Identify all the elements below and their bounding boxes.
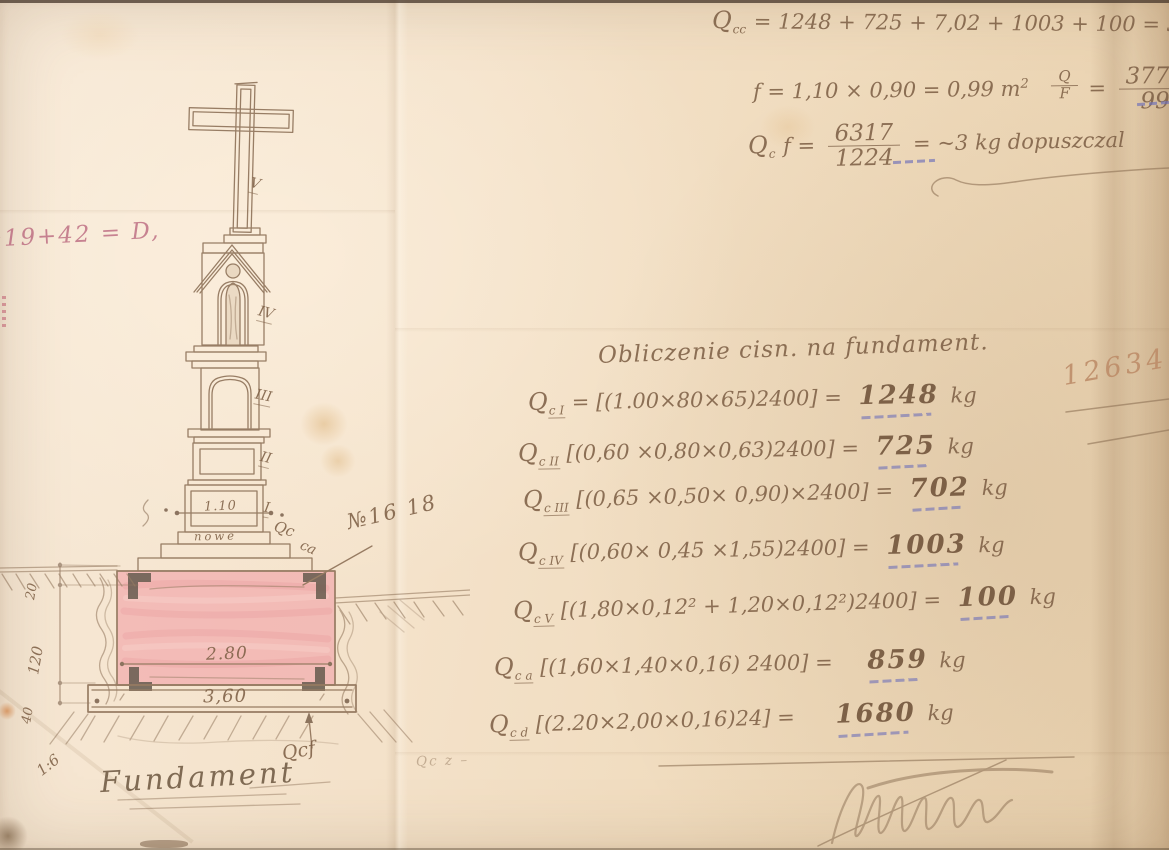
fraction: 3778 99 <box>1118 64 1169 114</box>
result-number: 100 <box>957 581 1018 613</box>
fraction-denominator: 1224 <box>828 146 901 171</box>
equation-mid: f = <box>783 133 815 158</box>
crease-right-upper <box>395 328 1169 332</box>
cross-line <box>818 760 1006 846</box>
result-number: 1003 <box>886 529 967 560</box>
crease-right-lower <box>395 752 1169 756</box>
result-value: 100 <box>957 581 1018 613</box>
calc-row: Qc a [(1,60×1,40×0,16) 2400] = 859 kg <box>494 644 966 683</box>
dim-slab-width: 3,60 <box>203 686 247 708</box>
result-number: 702 <box>909 472 970 504</box>
underline-mark <box>889 562 959 569</box>
equation-pre: f = 1,10 × 0,90 = 0,99 m <box>753 77 1021 104</box>
equation-end: = ~3 kg dopuszczal <box>913 128 1125 156</box>
under-slab-hatching <box>50 710 412 744</box>
unit: kg <box>981 475 1008 500</box>
dim-height-40: 40 <box>19 706 37 725</box>
top-equation-3: Qc f = 6317 1224 = ~3 kg dopuszczal <box>748 117 1126 173</box>
result-value: 859 <box>867 645 928 676</box>
foundation-block <box>117 571 335 685</box>
unit: kg <box>978 533 1005 557</box>
top-equation-1: Qcc = 1248 + 725 + 7,02 + 1003 + 100 = 3… <box>712 6 1169 40</box>
underline-mark <box>960 615 1010 621</box>
q-subscript: c III <box>543 501 570 517</box>
long-pencil-line <box>659 757 1074 766</box>
q-subscript: cc <box>732 22 748 36</box>
calc-row: Qc I = [(1.00×80×65)2400] = 1248 kg <box>528 379 977 418</box>
q-symbol: Q <box>523 485 543 514</box>
superscript: 2 <box>1020 77 1028 92</box>
q-subscript: c IV <box>538 554 564 569</box>
q-subscript: c V <box>533 612 555 628</box>
cross <box>186 81 294 234</box>
q-subscript: c a <box>514 669 534 684</box>
fraction-numerator: 6317 <box>827 121 900 147</box>
unit: kg <box>950 383 977 407</box>
q-over-f: Q F <box>1051 69 1078 102</box>
statue-figure <box>226 264 240 345</box>
result-value: 725 <box>875 431 936 462</box>
q-symbol: Q <box>518 439 538 467</box>
monument-foundation-drawing <box>0 0 470 850</box>
fraction: 6317 1224 <box>827 121 900 172</box>
result-number: 1248 <box>858 380 939 411</box>
formula: [(0,60 ×0,80×0,63)2400] = <box>566 436 859 465</box>
underline-mark <box>838 731 908 738</box>
q-symbol: Q <box>494 653 514 681</box>
q-subscript: c II <box>538 454 560 469</box>
underline-mark <box>878 464 928 470</box>
fraction-numerator: 3778 <box>1118 64 1169 90</box>
result-number: 1680 <box>835 698 916 730</box>
ratio-denominator: F <box>1051 86 1077 102</box>
unit: kg <box>947 434 974 458</box>
calc-row: Qc d [(2.20×2,00×0,16)24] = 1680 kg <box>489 697 954 741</box>
calc-row: Qc III [(0,65 ×0,50× 0,90)×2400] = 702 k… <box>523 471 1009 516</box>
section-mark <box>143 500 148 526</box>
unit: kg <box>927 701 954 726</box>
result-value: 1003 <box>886 529 967 560</box>
formula: [(2.20×2,00×0,16)24] = <box>535 705 795 736</box>
formula: [(0,65 ×0,50× 0,90)×2400] = <box>576 478 893 511</box>
unit: kg <box>939 648 966 672</box>
formula: = [(1.00×80×65)2400] = <box>571 385 842 414</box>
q-symbol: Q <box>489 710 509 739</box>
formula: [(1,60×1,40×0,16) 2400] = <box>540 650 833 679</box>
result-value: 1248 <box>858 380 939 411</box>
dim-foundation-width: 2.80 <box>206 643 249 664</box>
q-subscript: c I <box>548 403 566 418</box>
result-value: 702 <box>909 472 970 504</box>
equation-body: = 1248 + 725 + 7,02 + 1003 + 100 = 3778 … <box>754 9 1169 36</box>
calc-title: Obliczenie cisn. na fundament. <box>598 329 989 369</box>
scanned-drawing-sheet: :19+42 = D, Qcc = 1248 + 725 + 7,02 + 10… <box>0 0 1169 850</box>
q-subscript: c d <box>509 726 530 742</box>
result-number: 859 <box>867 645 928 676</box>
top-equation-2: f = 1,10 × 0,90 = 0,99 m2 Q F = 3778 99 … <box>753 64 1169 118</box>
underline-mark <box>912 506 962 512</box>
formula: [(1,80×0,12² + 1,20×0,12²)2400] = <box>560 588 941 623</box>
signature <box>832 769 1052 843</box>
q-symbol: Q <box>748 131 768 159</box>
underline-mark <box>861 413 931 420</box>
q-symbol: Q <box>513 596 533 625</box>
unit: kg <box>1029 584 1056 609</box>
calc-row: Qc II [(0,60 ×0,80×0,63)2400] = 725 kg <box>518 430 974 469</box>
label-nowe: nowe <box>194 529 237 544</box>
dim-top-width: 1.10 <box>204 498 237 514</box>
result-value: 1680 <box>835 698 916 730</box>
q-symbol: Q <box>518 538 538 566</box>
calc-row: Qc V [(1,80×0,12² + 1,20×0,12²)2400] = 1… <box>513 580 1057 626</box>
q-subscript: c <box>768 147 777 161</box>
q-symbol: Q <box>528 388 548 416</box>
faint-note: Qc z – <box>416 752 470 770</box>
section-label-iii: III <box>253 386 273 407</box>
calc-row: Qc IV [(0,60× 0,45 ×1,55)2400] = 1003 kg <box>518 529 1005 569</box>
dim-height-20: 20 <box>23 582 41 601</box>
q-symbol: Q <box>712 6 732 34</box>
formula: [(0,60× 0,45 ×1,55)2400] = <box>570 535 870 564</box>
underline-mark <box>870 678 920 684</box>
result-number: 725 <box>875 431 936 462</box>
